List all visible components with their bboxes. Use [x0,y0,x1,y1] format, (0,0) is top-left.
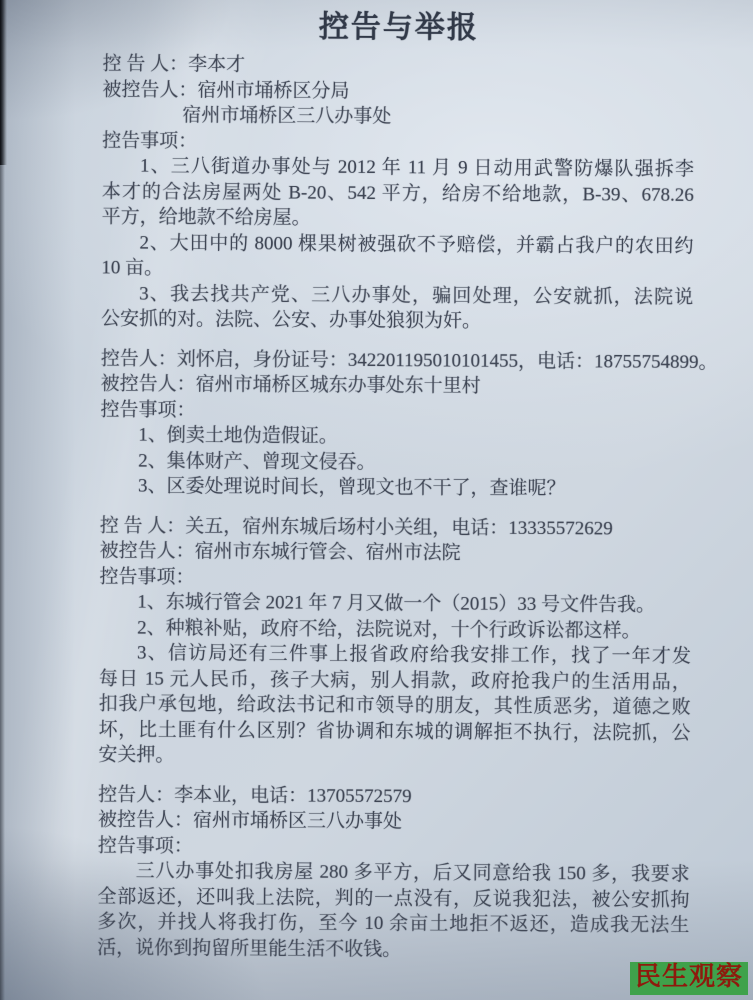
party-line: 被控告人：宿州市埇桥区分局 [102,77,694,106]
complaint-line: 2、大田中的 8000 棵果树被强砍不予赔偿，并霸占我户的农田约 [101,230,693,259]
complaint-line: 10 亩。 [101,255,693,284]
photo-background: 控告与举报 控 告 人：李本才被控告人：宿州市埇桥区分局宿州市埇桥区三八办事处控… [0,0,753,1000]
party-line: 控告人：李本业，电话：13705572579 [98,782,690,811]
complaint-paragraph: 2、集体财产、曾现文侵吞。 [100,448,692,477]
photo-left-top-edge-shadow [0,0,7,165]
complaint-paragraph: 1、三八街道办事处与 2012 年 11 月 9 日动用武警防爆队强拆李本才的合… [102,153,694,233]
complaint-line: 坏，比土匪有什么区别？省协调和东城的调解拒不执行，法院抓，公 [98,717,690,746]
document-title: 控告与举报 [103,8,695,48]
complaint-paragraph: 1、倒卖土地伪造假证。 [100,422,692,451]
complaint-paragraph: 2、大田中的 8000 棵果树被强砍不予赔偿，并霸占我户的农田约10 亩。 [101,230,693,285]
complaint-paragraph: 2、种粮补贴，政府不给，法院说对，十个行政诉讼都这样。 [99,615,691,644]
complaint-section: 控告人：刘怀启，身份证号：342201195010101455，电话：18755… [100,346,693,503]
complaint-line: 多次，并找人将我打伤，至今 10 余亩土地拒不返还，造成我无法生 [97,909,689,938]
complaint-paragraph: 三八办事处扣我房屋 280 多平方，后又同意给我 150 多，我要求全部返还，还… [97,858,690,964]
complaint-paragraph: 3、信访局还有三件事上报省政府给我安排工作，找了一年才发每日 15 元人民币，孩… [98,640,691,771]
complaint-paragraph: 1、东城行管会 2021 年 7 月又做一个（2015）33 号文件告我。 [99,589,691,618]
party-line: 控 告 人：李本才 [103,51,695,80]
party-line: 控告事项： [102,128,694,157]
complaint-paragraph: 3、区委处理说时间长，曾现文也不干了，查谁呢？ [100,473,692,502]
complaint-section: 控告人：李本业，电话：13705572579被控告人：宿州市埇桥区三八办事处控告… [97,782,690,964]
complaint-line: 2、种粮补贴，政府不给，法院说对，十个行政诉讼都这样。 [99,615,691,644]
complaint-line: 平方，给地款不给房屋。 [102,204,694,233]
complaint-line: 活，说你到拘留所里能生活不收钱。 [97,935,689,964]
party-line: 宿州市埇桥区三八办事处 [102,102,694,131]
complaint-line: 本才的合法房屋两处 B-20、542 平方，给房不给地款，B-39、678.26 [102,179,694,208]
complaint-line: 公安抓的对。法院、公安、办事处狼狈为奸。 [101,306,693,335]
party-line: 被控告人：宿州市埇桥区三八办事处 [98,807,690,836]
party-line: 控 告 人：关五，宿州东城后场村小关组，电话：13335572629 [100,513,692,542]
complaint-line: 3、信访局还有三件事上报省政府给我安排工作，找了一年才发 [99,640,691,669]
complaint-line: 三八办事处扣我房屋 280 多平方，后又同意给我 150 多，我要求 [98,858,690,887]
complaint-line: 全部返还，还叫我上法院，判的一点没有，反说我犯法，被公安抓拘 [97,884,689,913]
complaint-paragraph: 3、我去找共产党、三八办事处，骗回处理，公安就抓，法院说公安抓的对。法院、公安、… [101,281,693,336]
party-line: 控告事项： [98,833,690,862]
complaint-line: 1、倒卖土地伪造假证。 [100,422,692,451]
complaint-line: 3、我去找共产党、三八办事处，骗回处理，公安就抓，法院说 [101,281,693,310]
complaint-document: 控告与举报 控 告 人：李本才被控告人：宿州市埇桥区分局宿州市埇桥区三八办事处控… [0,0,753,1000]
watermark-badge: 民生观察 [630,962,748,995]
sections-container: 控 告 人：李本才被控告人：宿州市埇桥区分局宿州市埇桥区三八办事处控告事项：1、… [97,51,695,964]
party-line: 被控告人：宿州市东城行管会、宿州市法院 [100,538,692,567]
complaint-line: 扣我户承包地，给政法书记和市领导的朋友，其性质恶劣，道德之败 [99,691,691,720]
complaint-section: 控 告 人：关五，宿州东城后场村小关组，电话：13335572629被控告人：宿… [98,513,692,772]
complaint-line: 每日 15 元人民币，孩子大病，别人捐款，政府抢我户的生活用品， [99,666,691,695]
complaint-line: 安关押。 [98,742,690,771]
complaint-line: 3、区委处理说时间长，曾现文也不干了，查谁呢？ [100,473,692,502]
complaint-line: 2、集体财产、曾现文侵吞。 [100,448,692,477]
party-line: 控告事项： [100,397,692,426]
complaint-line: 1、东城行管会 2021 年 7 月又做一个（2015）33 号文件告我。 [99,589,691,618]
party-line: 控告事项： [99,564,691,593]
complaint-line: 1、三八街道办事处与 2012 年 11 月 9 日动用武警防爆队强拆李 [102,153,694,182]
party-line: 被控告人：宿州市埇桥区城东办事处东十里村 [101,371,693,400]
party-line: 控告人：刘怀启，身份证号：342201195010101455，电话：18755… [101,346,693,375]
complaint-section: 控 告 人：李本才被控告人：宿州市埇桥区分局宿州市埇桥区三八办事处控告事项：1、… [101,51,695,335]
